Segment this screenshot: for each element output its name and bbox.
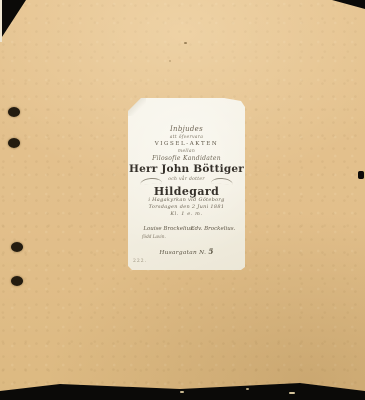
punch-hole [8,107,20,117]
groom-title: Filosofie Kandidaten [128,156,245,162]
scratch-speck [289,392,295,394]
paper-speck [169,60,171,62]
host-name-right: Edv. Brockelius. [180,226,246,232]
invitation-ceremony-heading: VIGSEL-AKTEN [128,142,245,148]
host-maiden-name-note: född Lavin. [142,234,166,239]
scratch-speck [246,388,249,390]
punch-hole [11,276,23,286]
wedding-invitation-card: Inbjudes att öfvervara VIGSEL-AKTEN mell… [128,98,245,270]
bride-name: Hildegard [128,186,245,197]
ceremony-location-line: i Hagakyrkan vid Göteborg [128,198,245,203]
scan-edge-mark [358,171,364,179]
invitation-opening-word: Inbjudes [128,126,245,133]
ceremony-time-line: Kl. 1 e. m. [128,212,245,217]
pencil-annotation: 222. [133,259,147,264]
invitation-subline: att öfvervara [128,136,245,141]
ceremony-date-line: Torsdagen den 2 Juni 1881 [128,205,245,210]
address-street: Husargatan N. [159,250,206,256]
scan-edge-sliver [0,0,2,42]
address-number: 5 [208,247,213,256]
scratch-speck [180,391,184,393]
groom-name: Herr John Böttiger [128,164,245,175]
address-line: Husargatan N. 5 [128,248,245,257]
scanned-album-page: Inbjudes att öfvervara VIGSEL-AKTEN mell… [0,0,365,400]
invitation-between-word: mellan [128,150,245,155]
punch-hole [8,138,20,148]
punch-hole [11,242,23,252]
paper-speck [184,42,187,44]
